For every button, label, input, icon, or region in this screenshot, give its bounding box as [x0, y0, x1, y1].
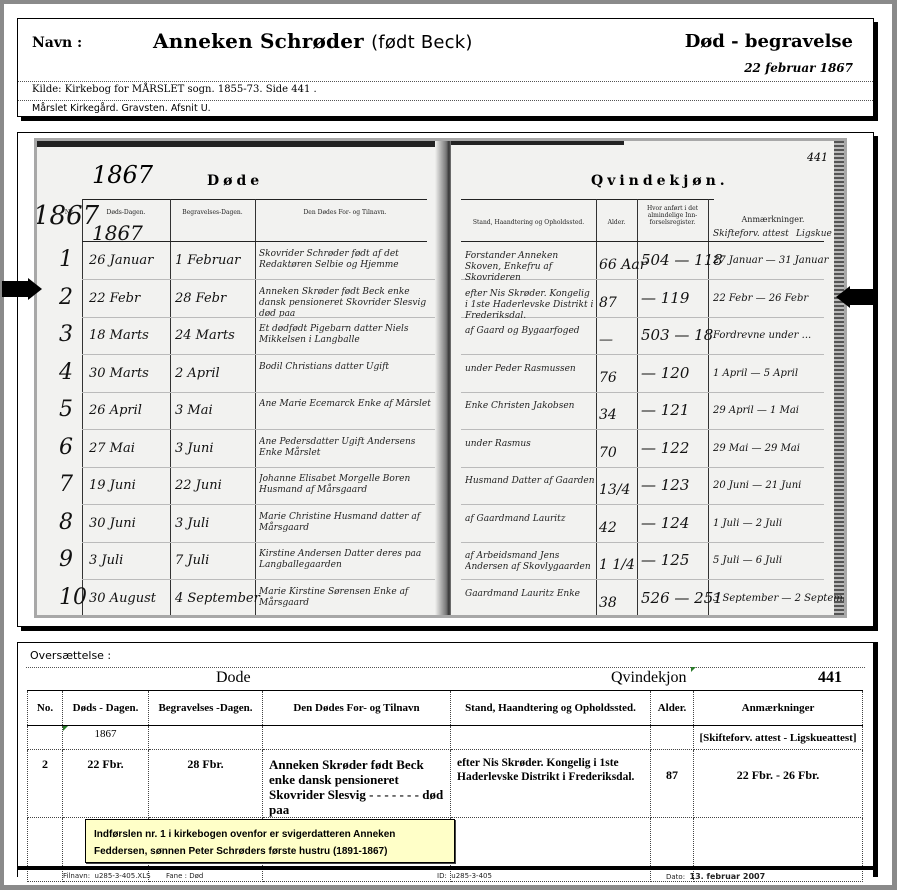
scan-row-remarks: 27 Januar — 31 Januar: [713, 255, 828, 266]
scan-row-stand: Gaardmand Lauritz Enke: [465, 589, 595, 619]
scan-left-title: Døde: [207, 173, 263, 189]
scan-col-age: Alder.: [596, 219, 637, 226]
entry-stand: efter Nis Skrøder. Kongelig i 1ste Hader…: [451, 750, 651, 818]
scan-row-stand: under Peder Rasmussen: [465, 364, 595, 394]
scan-row-death-day: 22 Febr: [89, 291, 140, 306]
scan-row-nr: 9: [59, 547, 73, 572]
scan-row-age: 1 1/4: [599, 557, 635, 573]
scan-row-burial-day: 28 Febr: [175, 291, 226, 306]
scan-row-age: 38: [599, 595, 617, 611]
scan-row-register: — 119: [641, 289, 689, 307]
scan-margin-year: 1867: [34, 201, 99, 231]
scan-col-stand: Stand, Haandtering og Opholdssted.: [461, 219, 596, 226]
scan-row-burial-day: 3 Juni: [175, 441, 214, 456]
scan-row-nr: 7: [59, 472, 73, 497]
scan-row-age: 66 Aar: [599, 257, 646, 273]
scan-col-year: 1867: [92, 221, 143, 245]
scan-row-burial-day: 7 Juli: [175, 553, 209, 568]
scan-row-death-day: 26 Januar: [89, 253, 153, 268]
scan-row-nr: 8: [59, 510, 73, 535]
source-reference: Kilde: Kirkebog for MÅRSLET sogn. 1855-7…: [32, 84, 317, 95]
footer-id: ID: u285-3-405: [437, 872, 492, 880]
entry-burial-day: 28 Fbr.: [149, 750, 263, 818]
scan-row-stand: af Gaard og Bygaarfoged: [465, 326, 595, 356]
scan-row-death-day: 3 Juli: [89, 553, 123, 568]
name-label: Navn :: [32, 35, 82, 51]
person-name-text: Anneken Schrøder: [153, 29, 364, 53]
col-header-remarks: Anmærkninger: [694, 691, 863, 726]
grave-reference: Mårslet Kirkegård. Gravsten. Afsnit U.: [32, 103, 211, 114]
entry-death-day: 22 Fbr.: [63, 750, 149, 818]
scan-row-stand: efter Nis Skrøder. Kongelig i 1ste Hader…: [465, 289, 595, 319]
scan-row-name: Kirstine Andersen Datter deres paa Langb…: [259, 549, 434, 579]
scan-row-remarks: 3 September — 2 September: [713, 593, 847, 604]
scan-row-remarks: 5 Juli — 6 Juli: [713, 555, 782, 566]
attest-note: [Skifteforv. attest - Ligskueattest]: [694, 726, 863, 750]
scan-row-remarks: 1 April — 5 April: [713, 368, 798, 379]
scan-row-nr: 4: [59, 360, 73, 385]
col-header-name: Den Dødes For- og Tilnavn: [263, 691, 451, 726]
scan-row-stand: under Rasmus: [465, 439, 595, 469]
entry-age: 87: [651, 750, 694, 818]
scan-row-name: Marie Kirstine Sørensen Enke af Mårsgaar…: [259, 587, 434, 617]
scan-row-burial-day: 24 Marts: [175, 328, 235, 343]
scan-row-age: 70: [599, 445, 617, 461]
scan-row-remarks: Fordrevne under ...: [713, 330, 811, 341]
comment-marker: [63, 726, 68, 731]
col-header-death-day: Døds - Dagen.: [63, 691, 149, 726]
scan-row-remarks: 1 Juli — 2 Juli: [713, 518, 782, 529]
arrow-left-icon: [836, 286, 876, 308]
scan-row-death-day: 19 Juni: [89, 478, 136, 493]
scan-row-name: Anneken Skrøder født Beck enke dansk pen…: [259, 287, 434, 317]
section-title-left: Dode: [216, 669, 251, 687]
scan-row-stand: Husmand Datter af Gaarden: [465, 476, 595, 506]
scan-row-register: 503 — 18: [641, 326, 713, 344]
arrow-right-icon: [2, 278, 42, 300]
divider: [18, 81, 873, 82]
scan-row-death-day: 30 August: [89, 591, 156, 606]
entry-name: Anneken Skrøder født Beck enke dansk pen…: [263, 750, 451, 818]
scan-row-name: Et dødfødt Pigebarn datter Niels Mikkels…: [259, 324, 434, 354]
scan-box: 1867 Døde Nr. Døds-Dagen. Begravelses-Da…: [17, 132, 874, 627]
comment-marker: [691, 667, 696, 672]
scan-row-nr: 5: [59, 397, 73, 422]
scan-row-name: Skovrider Schrøder født af det Redaktøre…: [259, 249, 434, 279]
scan-row-remarks: 22 Febr — 26 Febr: [713, 293, 808, 304]
scan-row-register: — 120: [641, 364, 689, 382]
church-book-scan: 1867 Døde Nr. Døds-Dagen. Begravelses-Da…: [34, 138, 847, 618]
table-header-row: No. Døds - Dagen. Begravelses -Dagen. De…: [28, 691, 863, 726]
scan-row-remarks: 29 April — 1 Mai: [713, 405, 799, 416]
scan-row-age: 76: [599, 370, 617, 386]
scan-right-page: 441 Qvindekjøn. Stand, Haandtering og Op…: [451, 141, 844, 615]
translation-box: Oversættelse : Dode Qvindekjon 441 No. D…: [17, 642, 874, 877]
scan-page-number: 441: [807, 151, 828, 164]
scan-row-burial-day: 3 Juli: [175, 516, 209, 531]
scan-row-burial-day: 22 Juni: [175, 478, 222, 493]
scan-row-stand: af Arbeidsmand Jens Andersen af Skovlyga…: [465, 551, 595, 581]
scan-row-register: 504 — 118: [641, 251, 723, 269]
scan-row-burial-day: 4 September: [175, 591, 260, 606]
col-header-age: Alder.: [651, 691, 694, 726]
section-title-right: Qvindekjon: [611, 669, 687, 687]
scan-row-name: Bodil Christians datter Ugift: [259, 362, 434, 392]
person-name: Anneken Schrøder (født Beck): [153, 29, 473, 53]
scan-row-death-day: 27 Mai: [89, 441, 135, 456]
note-callout: Indførslen nr. 1 i kirkebogen ovenfor er…: [85, 819, 455, 863]
scan-row-name: Marie Christine Husmand datter af Mårsga…: [259, 512, 434, 542]
scan-row-death-day: 18 Marts: [89, 328, 149, 343]
footer-date: Dato: 13. februar 2007: [666, 872, 765, 881]
event-type: Død - begravelse: [685, 31, 853, 52]
scan-col-remarks: Anmærkninger.: [708, 215, 838, 224]
scan-row-nr: 10: [59, 585, 87, 610]
scan-row-stand: Enke Christen Jakobsen: [465, 401, 595, 431]
scan-row-register: — 124: [641, 514, 689, 532]
table-row: 2 22 Fbr. 28 Fbr. Anneken Skrøder født B…: [28, 750, 863, 818]
scan-row-register: — 121: [641, 401, 689, 419]
translation-label: Oversættelse :: [30, 649, 111, 662]
scan-row-death-day: 26 April: [89, 403, 142, 418]
entry-remarks: 22 Fbr. - 26 Fbr.: [694, 750, 863, 818]
scan-left-page: 1867 Døde Nr. Døds-Dagen. Begravelses-Da…: [37, 141, 447, 615]
scan-row-burial-day: 2 April: [175, 366, 220, 381]
scan-row-burial-day: 3 Mai: [175, 403, 213, 418]
scan-row-death-day: 30 Marts: [89, 366, 149, 381]
divider: [18, 100, 873, 101]
scan-row-burial-day: 1 Februar: [175, 253, 240, 268]
scan-row-stand: Forstander Anneken Skoven, Enkefru af Sk…: [465, 251, 595, 281]
header-box: Navn : Anneken Schrøder (født Beck) Død …: [17, 18, 874, 117]
scan-remarks-sub-1: Skifteforv. attest: [713, 229, 789, 240]
event-date: 22 februar 1867: [744, 61, 853, 75]
scan-row-register: — 122: [641, 439, 689, 457]
scan-row-register: — 125: [641, 551, 689, 569]
scan-row-death-day: 30 Juni: [89, 516, 136, 531]
translation-page-number: 441: [818, 669, 842, 687]
scan-row-register: — 123: [641, 476, 689, 494]
scan-row-age: 87: [599, 295, 617, 311]
scan-row-nr: 1: [59, 247, 73, 272]
scan-row-register: 526 — 251: [641, 589, 723, 607]
scan-year: 1867: [92, 161, 153, 189]
scan-col-register: Hvor anført i det almindelige Inn-forsel…: [637, 205, 708, 226]
table-row-year: 1867 [Skifteforv. attest - Ligskueattest…: [28, 726, 863, 750]
col-header-no: No.: [28, 691, 63, 726]
scan-row-stand: af Gaardmand Lauritz: [465, 514, 595, 544]
col-header-burial-day: Begravelses -Dagen.: [149, 691, 263, 726]
scan-row-age: 42: [599, 520, 617, 536]
entry-no: 2: [28, 750, 63, 818]
footer-filename: Filnavn: u285-3-405.XLS: [63, 872, 151, 880]
scan-row-name: Johanne Elisabet Morgelle Boren Husmand …: [259, 474, 434, 504]
scan-row-name: Ane Pedersdatter Ugift Andersens Enke Må…: [259, 437, 434, 467]
scan-row-remarks: 20 Juni — 21 Juni: [713, 480, 801, 491]
scan-row-nr: 2: [59, 285, 73, 310]
col-header-stand: Stand, Haandtering og Opholdssted.: [451, 691, 651, 726]
translation-box-bottom: [17, 866, 878, 870]
scan-row-age: —: [599, 332, 613, 348]
scan-row-age: 13/4: [599, 482, 630, 498]
scan-row-remarks: 29 Mai — 29 Mai: [713, 443, 800, 454]
maiden-name: (født Beck): [371, 32, 473, 53]
scan-row-name: Ane Marie Ecemarck Enke af Mårslet: [259, 399, 434, 429]
scan-row-nr: 3: [59, 322, 73, 347]
scan-row-nr: 6: [59, 435, 73, 460]
scan-right-title: Qvindekjøn.: [591, 173, 729, 189]
scan-col-name: Den Dødes For- og Tilnavn.: [255, 209, 435, 216]
divider: [26, 667, 865, 668]
scan-row-age: 34: [599, 407, 617, 423]
footer-sheet: Fane : Død: [166, 872, 203, 880]
scan-col-burial: Begravelses-Dagen.: [170, 209, 255, 216]
year-cell: 1867: [63, 726, 149, 750]
